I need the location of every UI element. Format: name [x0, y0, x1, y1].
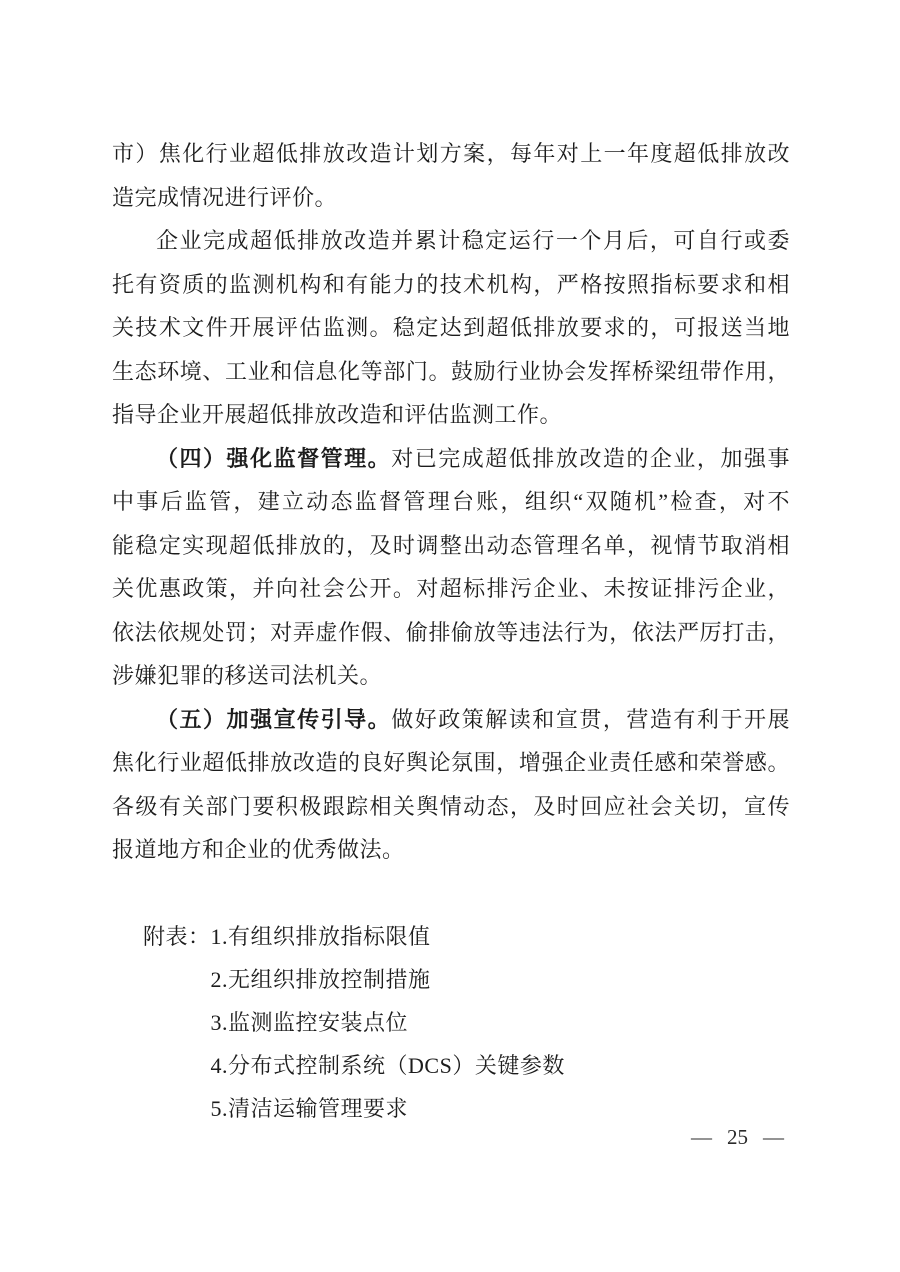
text-line: （四）强化监督管理。对已完成超低排放改造的企业，加强事 — [112, 437, 790, 481]
section-heading-5: （五）加强宣传引导。 — [156, 707, 391, 732]
text-line: 关优惠政策，并向社会公开。对超标排污企业、未按证排污企业， — [112, 567, 790, 611]
text-line: 各级有关部门要积极跟踪相关舆情动态，及时回应社会关切，宣传 — [112, 785, 790, 829]
text-line: 焦化行业超低排放改造的良好舆论氛围，增强企业责任感和荣誉感。 — [112, 741, 790, 785]
text-line: 涉嫌犯罪的移送司法机关。 — [112, 654, 790, 698]
page-number: 25 — [727, 1124, 748, 1150]
text-line: 中事后监管，建立动态监督管理台账，组织“双随机”检查，对不 — [112, 480, 790, 524]
appendix-item: 1.有组织排放指标限值 — [211, 915, 565, 958]
section-heading-4: （四）强化监督管理。 — [156, 446, 391, 471]
page-number-dash: — — [763, 1124, 784, 1150]
text-line: 报道地方和企业的优秀做法。 — [112, 828, 790, 872]
appendix-item: 2.无组织排放控制措施 — [211, 958, 565, 1001]
text-line: 企业完成超低排放改造并累计稳定运行一个月后，可自行或委 — [112, 219, 790, 263]
text-line: 生态环境、工业和信息化等部门。鼓励行业协会发挥桥梁纽带作用， — [112, 350, 790, 394]
body-text: 市）焦化行业超低排放改造计划方案，每年对上一年度超低排放改 造完成情况进行评价。… — [112, 132, 790, 1130]
appendix-list: 附表： 1.有组织排放指标限值 2.无组织排放控制措施 3.监测监控安装点位 4… — [143, 915, 790, 1130]
page-footer: — 25 — — [691, 1124, 784, 1150]
text-line: 关技术文件开展评估监测。稳定达到超低排放要求的，可报送当地 — [112, 306, 790, 350]
appendix-item: 4.分布式控制系统（DCS）关键参数 — [211, 1044, 565, 1087]
text-line: （五）加强宣传引导。做好政策解读和宣贯，营造有利于开展 — [112, 698, 790, 742]
text-run: 做好政策解读和宣贯，营造有利于开展 — [391, 707, 790, 732]
text-line: 造完成情况进行评价。 — [112, 176, 790, 220]
appendix-label: 附表： — [143, 915, 211, 1130]
appendix-items: 1.有组织排放指标限值 2.无组织排放控制措施 3.监测监控安装点位 4.分布式… — [211, 915, 565, 1130]
document-page: 市）焦化行业超低排放改造计划方案，每年对上一年度超低排放改 造完成情况进行评价。… — [0, 0, 900, 1272]
appendix-item: 3.监测监控安装点位 — [211, 1001, 565, 1044]
appendix-item: 5.清洁运输管理要求 — [211, 1087, 565, 1130]
page-number-dash: — — [691, 1124, 712, 1150]
text-run: 对已完成超低排放改造的企业，加强事 — [391, 446, 790, 471]
text-line: 指导企业开展超低排放改造和评估监测工作。 — [112, 393, 790, 437]
text-line: 依法依规处罚；对弄虚作假、偷排偷放等违法行为，依法严厉打击， — [112, 611, 790, 655]
text-line: 能稳定实现超低排放的，及时调整出动态管理名单，视情节取消相 — [112, 524, 790, 568]
text-line: 市）焦化行业超低排放改造计划方案，每年对上一年度超低排放改 — [112, 132, 790, 176]
text-line: 托有资质的监测机构和有能力的技术机构，严格按照指标要求和相 — [112, 263, 790, 307]
